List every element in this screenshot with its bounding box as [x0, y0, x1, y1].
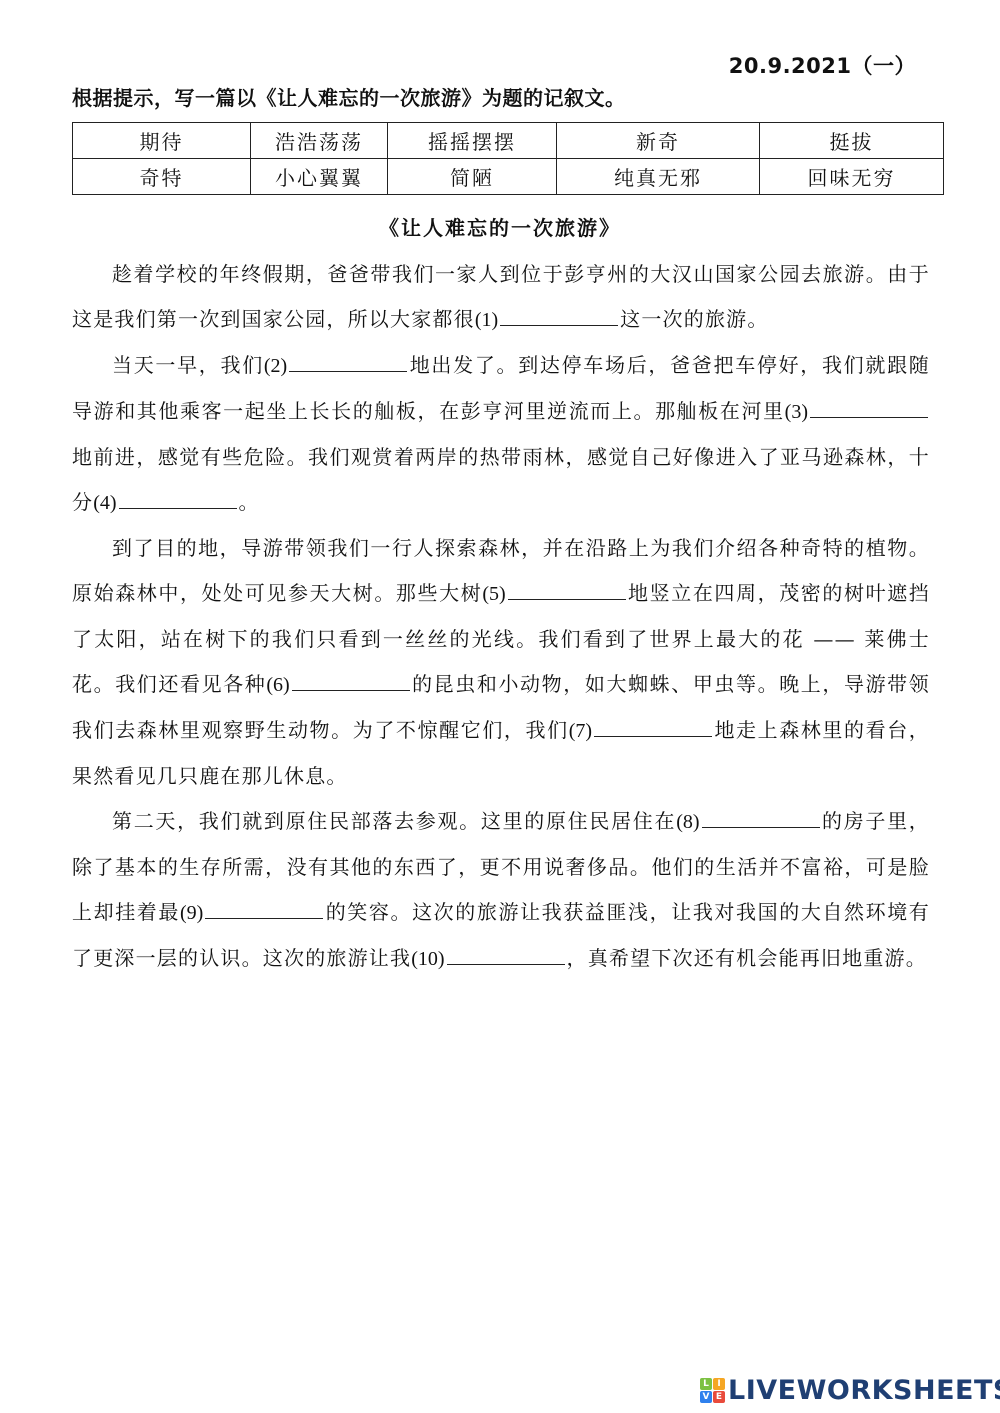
- blank-number: (9): [180, 902, 203, 924]
- word-bank-cell: 浩浩荡荡: [251, 123, 388, 159]
- answer-blank-input[interactable]: [205, 894, 323, 919]
- essay-paragraph: 当天一早，我们(2)地出发了。到达停车场后，爸爸把车停好，我们就跟随导游和其他乘…: [72, 343, 930, 526]
- blank-number: (3): [785, 401, 808, 423]
- blank-number: (7): [569, 720, 592, 742]
- word-bank-cell: 回味无穷: [760, 159, 944, 195]
- word-bank-table: 期待 浩浩荡荡 摇摇摆摆 新奇 挺拔 奇特 小心翼翼 简陋 纯真无邪 回味无穷: [72, 122, 944, 195]
- blank-number: (1): [475, 309, 498, 331]
- worksheet-date: 20.9.2021（一）: [729, 50, 916, 80]
- word-bank-cell: 挺拔: [760, 123, 944, 159]
- blank-number: (2): [264, 355, 287, 377]
- word-bank-row: 奇特 小心翼翼 简陋 纯真无邪 回味无穷: [73, 159, 944, 195]
- word-bank-cell: 奇特: [73, 159, 251, 195]
- answer-blank-input[interactable]: [702, 803, 820, 828]
- essay-paragraph: 第二天，我们就到原住民部落去参观。这里的原住民居住在(8)的房子里，除了基本的生…: [72, 799, 930, 982]
- essay-text: 。: [239, 490, 260, 514]
- live-logo-icon: L I V E: [700, 1378, 725, 1403]
- logo-letter-e: E: [713, 1391, 725, 1403]
- logo-letter-l: L: [700, 1378, 712, 1390]
- essay-text: 当天一早，我们: [112, 353, 264, 377]
- instruction-text: 根据提示，写一篇以《让人难忘的一次旅游》为题的记叙文。: [72, 82, 626, 111]
- answer-blank-input[interactable]: [500, 301, 618, 326]
- liveworksheets-logo: L I V E LIVEWORKSHEETS: [700, 1375, 1000, 1406]
- essay-body: 趁着学校的年终假期，爸爸带我们一家人到位于彭亨州的大汉山国家公园去旅游。由于这是…: [72, 252, 930, 982]
- word-bank-cell: 简陋: [388, 159, 557, 195]
- answer-blank-input[interactable]: [447, 940, 565, 965]
- answer-blank-input[interactable]: [508, 575, 626, 600]
- essay-paragraph: 趁着学校的年终假期，爸爸带我们一家人到位于彭亨州的大汉山国家公园去旅游。由于这是…: [72, 252, 930, 343]
- blank-number: (8): [676, 811, 699, 833]
- essay-paragraph: 到了目的地，导游带领我们一行人探索森林，并在沿路上为我们介绍各种奇特的植物。原始…: [72, 526, 930, 799]
- essay-text: 第二天，我们就到原住民部落去参观。这里的原住民居住在: [112, 809, 676, 833]
- answer-blank-input[interactable]: [292, 666, 410, 691]
- word-bank-cell: 期待: [73, 123, 251, 159]
- blank-number: (6): [266, 674, 289, 696]
- blank-number: (10): [411, 948, 444, 970]
- essay-text: 这一次的旅游。: [620, 307, 768, 331]
- essay-title: 《让人难忘的一次旅游》: [0, 212, 1000, 241]
- answer-blank-input[interactable]: [289, 347, 407, 372]
- word-bank-cell: 小心翼翼: [251, 159, 388, 195]
- answer-blank-input[interactable]: [119, 484, 237, 509]
- blank-number: (4): [93, 492, 116, 514]
- answer-blank-input[interactable]: [810, 393, 928, 418]
- word-bank-cell: 新奇: [557, 123, 760, 159]
- word-bank-cell: 摇摇摆摆: [388, 123, 557, 159]
- answer-blank-input[interactable]: [594, 712, 712, 737]
- blank-number: (5): [482, 583, 505, 605]
- logo-letter-i: I: [713, 1378, 725, 1390]
- word-bank-cell: 纯真无邪: [557, 159, 760, 195]
- essay-text: ，真希望下次还有机会能再旧地重游。: [567, 946, 927, 970]
- logo-wordmark: LIVEWORKSHEETS: [728, 1375, 1000, 1406]
- logo-letter-v: V: [700, 1391, 712, 1403]
- word-bank-row: 期待 浩浩荡荡 摇摇摆摆 新奇 挺拔: [73, 123, 944, 159]
